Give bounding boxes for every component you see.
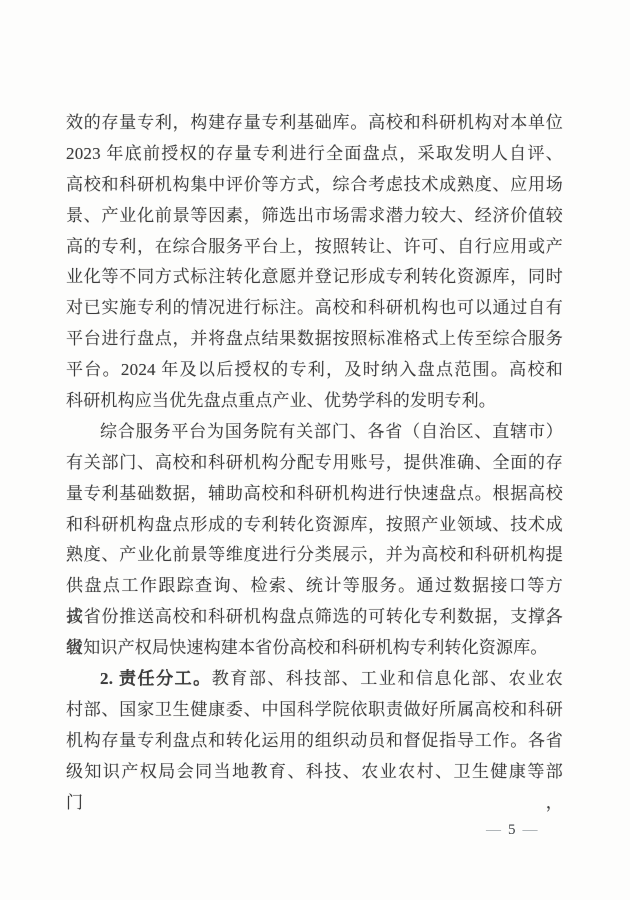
scanned-document-page: 效的存量专利，构建存量专利基础库。高校和科研机构对本单位2023 年底前授权的存… — [0, 0, 630, 900]
text-line: 平台进行盘点，并将盘点结果数据按照标准格式上传至综合服务 — [66, 324, 563, 355]
text-line: 熟度、产业化前景等维度进行分类展示，并为高校和科研机构提 — [66, 540, 563, 571]
text-line: 村部、国家卫生健康委、中国科学院依职责做好所属高校和科研 — [66, 695, 563, 726]
text-line: 平台。2024 年及以后授权的专利，及时纳入盘点范围。高校和 — [66, 355, 563, 386]
text-line: 高校和科研机构集中评价等方式，综合考虑技术成熟度、应用场 — [66, 170, 563, 201]
text-line: 量专利基础数据，辅助高校和科研机构进行快速盘点。根据高校 — [66, 479, 563, 510]
text-line: 有关部门、高校和科研机构分配专用账号，提供准确、全面的存 — [66, 448, 563, 479]
text-line: 对已实施专利的情况进行标注。高校和科研机构也可以通过自有 — [66, 293, 563, 324]
page-number-left-dash: — — [486, 823, 501, 837]
text-line: 级知识产权局会同当地教育、科技、农业农村、卫生健康等部门， — [66, 757, 563, 788]
page-number: — 5 — — [486, 821, 538, 839]
text-line: 高的专利，在综合服务平台上，按照转让、许可、自行应用或产 — [66, 232, 563, 263]
text-line: 2023 年底前授权的存量专利进行全面盘点，采取发明人自评、 — [66, 139, 563, 170]
text-line: 景、产业化前景等因素，筛选出市场需求潜力较大、经济价值较 — [66, 201, 563, 232]
bold-run: 2. 责任分工。 — [100, 669, 212, 688]
text-line: 供盘点工作跟踪查询、检索、统计等服务。通过数据接口等方式， — [66, 571, 563, 602]
text-line: 效的存量专利，构建存量专利基础库。高校和科研机构对本单位 — [66, 108, 563, 139]
text-line: 综合服务平台为国务院有关部门、各省（自治区、直辖市） — [66, 417, 563, 448]
page-number-right-dash: — — [523, 823, 538, 837]
text-line: 按省份推送高校和科研机构盘点筛选的可转化专利数据，支撑各省 — [66, 602, 563, 633]
text-line: 科研机构应当优先盘点重点产业、优势学科的发明专利。 — [66, 386, 563, 417]
text-line: 级知识产权局快速构建本省份高校和科研机构专利转化资源库。 — [66, 633, 563, 664]
text-line: 和科研机构盘点形成的专利转化资源库，按照产业领域、技术成 — [66, 510, 563, 541]
text-line: 机构存量专利盘点和转化运用的组织动员和督促指导工作。各省 — [66, 726, 563, 757]
page-number-value: 5 — [508, 821, 516, 839]
text-line: 业化等不同方式标注转化意愿并登记形成专利转化资源库，同时 — [66, 262, 563, 293]
text-line: 2. 责任分工。教育部、科技部、工业和信息化部、农业农 — [66, 664, 563, 695]
document-body: 效的存量专利，构建存量专利基础库。高校和科研机构对本单位2023 年底前授权的存… — [66, 108, 563, 788]
